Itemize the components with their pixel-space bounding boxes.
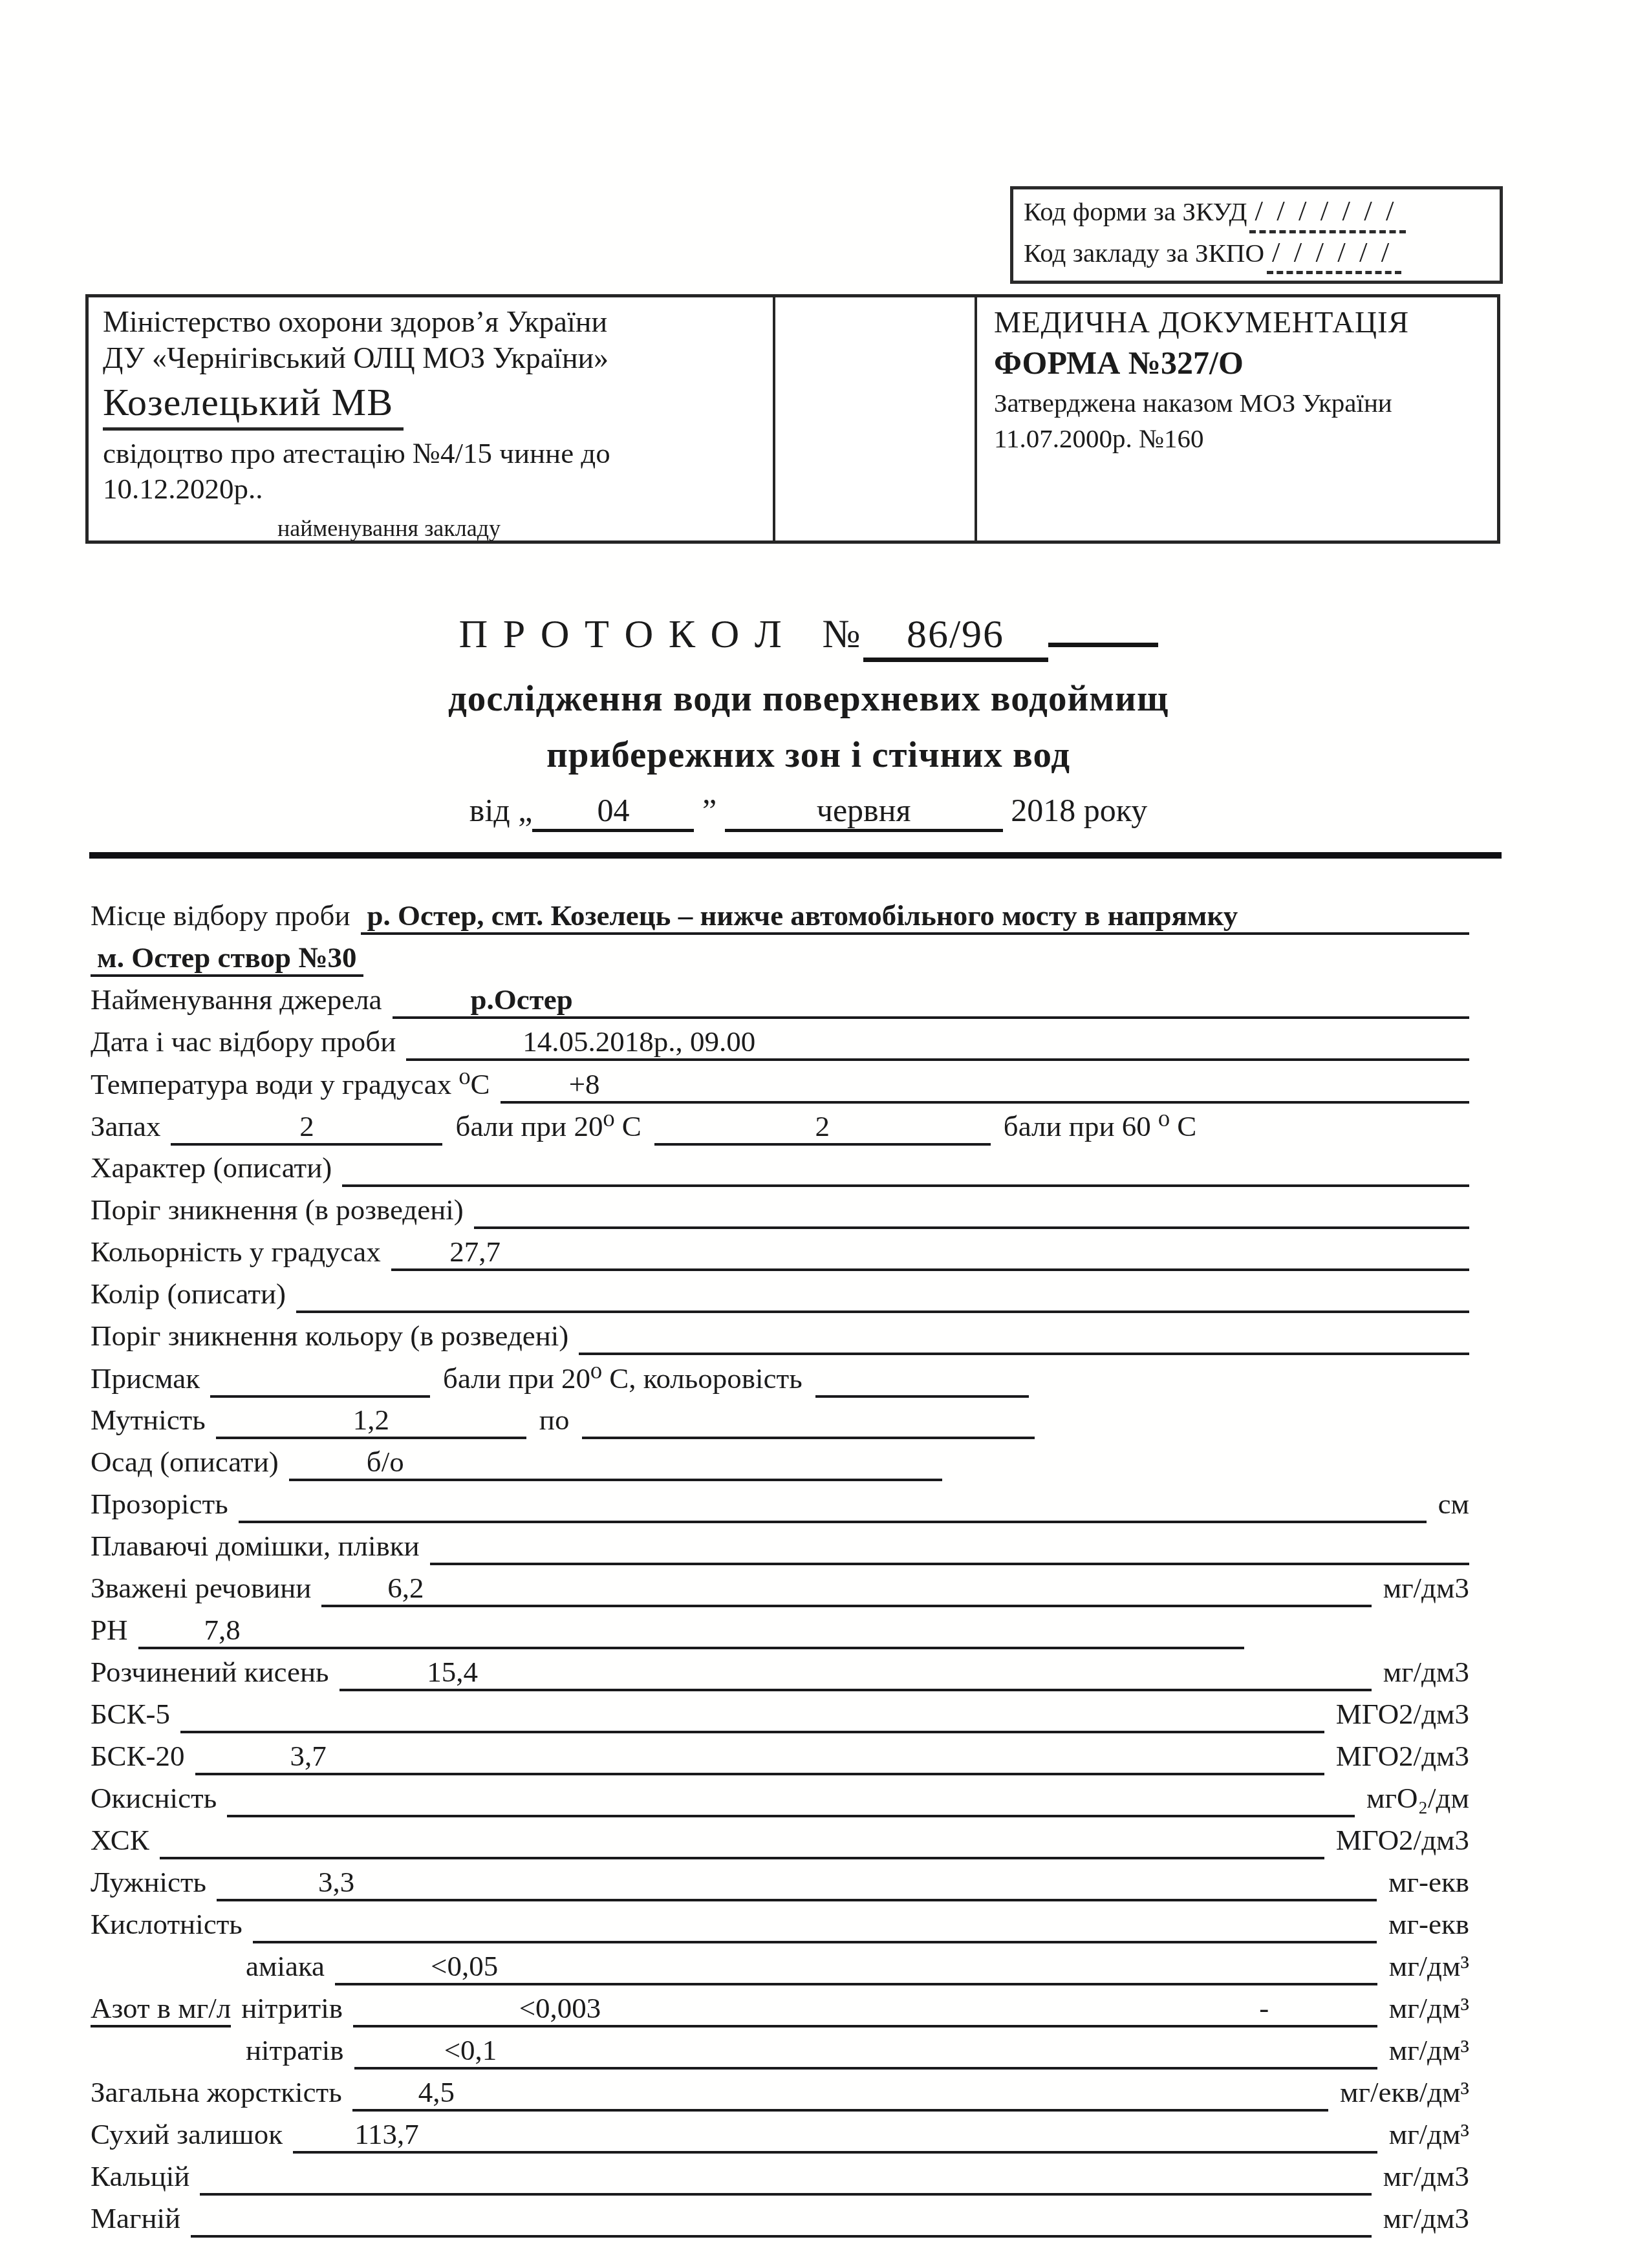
code-zkud-row: Код форми за ЗКУД/ / / / / / /	[1024, 192, 1491, 233]
unit-label: мг/дм³	[1389, 1991, 1469, 2025]
scanned-protocol-page: Код форми за ЗКУД/ / / / / / / Код закла…	[0, 0, 1649, 2268]
field-value: р. Остер, смт. Козелець – нижче автомобі…	[361, 899, 1469, 935]
section-divider-rule	[89, 852, 1502, 859]
protocol-number: 86/96	[863, 612, 1048, 662]
field-row: Плаваючі домішки, плівки	[91, 1529, 1469, 1571]
blank-line	[180, 1697, 1324, 1733]
field-row: Азот в мг/лнітритів<0,003 - мг/дм³	[91, 1991, 1469, 2033]
ministry-line: Міністерство охорони здоров’я України	[103, 304, 768, 340]
unit-label: мг-екв	[1388, 1865, 1469, 1899]
blank-line	[1319, 1991, 1377, 2027]
unit-label: мг/дм3	[1383, 2159, 1469, 2193]
blank-line	[200, 2159, 1371, 2196]
field-value: 2	[654, 1109, 991, 1146]
date-prefix: від „	[469, 792, 533, 828]
field-row: Характер (описати)	[91, 1151, 1469, 1193]
title-subtitle1: дослідження води поверхневих водоймищ	[91, 678, 1526, 720]
field-row: Найменування джерелар.Остер	[91, 983, 1469, 1025]
field-row: Колір (описати)	[91, 1277, 1469, 1319]
date-day: 04	[532, 791, 694, 832]
date-month: червня	[725, 791, 1003, 832]
form-code-box: Код форми за ЗКУД/ / / / / / / Код закла…	[1010, 186, 1503, 284]
header-table: Міністерство охорони здоров’я України ДУ…	[85, 294, 1500, 544]
field-row: Мутність1,2по	[91, 1403, 1469, 1445]
blank-line	[582, 1403, 1035, 1439]
institution-cell: Міністерство охорони здоров’я України ДУ…	[89, 297, 775, 540]
unit-label: МГО2/дм3	[1336, 1739, 1469, 1773]
field-label: БСК-20	[91, 1739, 185, 1773]
blank-line	[239, 1487, 1427, 1523]
field-label: Місце відбору проби	[91, 899, 350, 932]
field-value: 4,5	[352, 2075, 521, 2112]
field-value: 15,4	[339, 1655, 566, 1691]
unit-label: см	[1438, 1487, 1469, 1521]
blank-line	[422, 1739, 1324, 1775]
blank-line	[253, 1907, 1377, 1943]
field-row: Кольорність у градусах27,7	[91, 1235, 1469, 1277]
field-value: <0,05	[335, 1949, 594, 1985]
code-zkpo-label: Код закладу за ЗКПО	[1024, 238, 1264, 268]
blank-line	[191, 2201, 1372, 2238]
field-row: Розчинений кисень15,4 мг/дм3	[91, 1655, 1469, 1697]
certificate-line2: 10.12.2020р..	[103, 471, 768, 507]
blank-line	[579, 1319, 1469, 1355]
field-row: Температура води у градусах ⁰С+8	[91, 1067, 1469, 1109]
field-value: 6,2	[321, 1571, 490, 1607]
code-zkpo-blank: / / / / / /	[1267, 233, 1401, 275]
blank-line	[210, 1362, 430, 1398]
field-label: Присмак	[91, 1362, 200, 1395]
field-value: 113,7	[293, 2117, 480, 2154]
field-row: Кальцій мг/дм3	[91, 2159, 1469, 2201]
form-number: ФОРМА №327/О	[994, 344, 1492, 381]
field-label: БСК-5	[91, 1697, 170, 1731]
blank-line	[227, 1781, 1355, 1817]
fields: Місце відбору пробир. Остер, смт. Козеле…	[91, 899, 1469, 2243]
institution-name: Козелецький МВ	[103, 380, 404, 431]
field-row: Присмак бали при 20⁰ С, кольоровість	[91, 1361, 1469, 1403]
field-row: аміака<0,05 мг/дм³	[91, 1949, 1469, 1991]
field-label: Плаваючі домішки, плівки	[91, 1529, 420, 1563]
blank-line	[594, 1949, 1377, 1985]
title-subtitle2: прибережних зон і стічних вод	[91, 734, 1526, 776]
field-label-mid: бали при 20⁰ С	[455, 1109, 641, 1143]
blank-line	[651, 983, 1469, 1019]
date-year: 2018 року	[1011, 792, 1147, 828]
unit-label: МГО2/дм3	[1336, 1823, 1469, 1857]
field-row: Місце відбору пробир. Остер, смт. Козеле…	[91, 899, 1469, 941]
field-label: Найменування джерела	[91, 983, 382, 1016]
title-date-line: від „04 ” червня 2018 року	[91, 791, 1526, 832]
field-value: <0,1	[354, 2033, 587, 2070]
field-value: 1,2	[216, 1403, 526, 1439]
unit-label: мгО₂/дм	[1366, 1781, 1469, 1815]
field-value: 2	[171, 1109, 442, 1146]
date-close-quote: ”	[702, 792, 717, 828]
approved-line2: 11.07.2000р. №160	[994, 421, 1492, 456]
field-row: БСК-5 МГО2/дм3	[91, 1697, 1469, 1739]
field-label: Поріг зникнення (в розведені)	[91, 1193, 464, 1226]
field-label: РН	[91, 1613, 128, 1647]
blank-line	[559, 1235, 1469, 1271]
field-row: Прозорість см	[91, 1487, 1469, 1529]
blank-line	[767, 1991, 1209, 2027]
field-value: 7,8	[138, 1613, 307, 1649]
field-value: б/о	[289, 1445, 942, 1481]
field-value: -	[1209, 1991, 1319, 2027]
field-row: Кислотність мг-екв	[91, 1907, 1469, 1949]
unit-label: мг/дм³	[1389, 2033, 1469, 2067]
field-value: р.Остер	[393, 983, 651, 1019]
unit-label: мг/дм³	[1389, 1949, 1469, 1983]
blank-line	[342, 1151, 1469, 1187]
field-row: БСК-203,7 МГО2/дм3	[91, 1739, 1469, 1781]
field-label: Характер (описати)	[91, 1151, 332, 1184]
institution-line: ДУ «Чернігівський ОЛЦ МОЗ України»	[103, 340, 768, 376]
field-label: Кислотність	[91, 1907, 242, 1941]
field-label: Температура води у градусах ⁰С	[91, 1067, 490, 1101]
field-label: Окисність	[91, 1781, 217, 1815]
field-row: Осад (описати)б/о	[91, 1445, 1469, 1487]
field-row: Лужність3,3 мг-екв	[91, 1865, 1469, 1907]
field-row: нітратів<0,1 мг/дм³	[91, 2033, 1469, 2075]
certificate-line1: свідоцтво про атестацію №4/15 чинне до	[103, 436, 768, 471]
field-label: Осад (описати)	[91, 1445, 279, 1479]
institution-caption: найменування закладу	[277, 515, 768, 542]
blank-line	[160, 1823, 1324, 1859]
blank-line	[815, 1362, 1029, 1398]
blank-line	[456, 1865, 1377, 1901]
field-value: 3,7	[195, 1739, 422, 1775]
number-underline-tail	[1048, 643, 1158, 647]
blank-line	[480, 2117, 1377, 2154]
blank-line	[521, 2075, 1328, 2112]
blank-line	[872, 1025, 1469, 1061]
blank-line	[669, 1067, 1469, 1104]
field-label: Колір (описати)	[91, 1277, 286, 1311]
field-label: Лужність	[91, 1865, 206, 1899]
approved-line1: Затверджена наказом МОЗ України	[994, 385, 1492, 421]
field-label: Зважені речовини	[91, 1571, 311, 1605]
field-row: РН7,8	[91, 1613, 1469, 1655]
field-value: м. Остер створ №30	[91, 941, 363, 977]
field-row: ХСК МГО2/дм3	[91, 1823, 1469, 1865]
field-label: Запах	[91, 1109, 160, 1143]
field-row: м. Остер створ №30	[91, 941, 1469, 983]
field-value: 14.05.2018р., 09.00	[406, 1025, 872, 1061]
code-zkud-label: Код форми за ЗКУД	[1024, 197, 1247, 226]
field-label: Сухий залишок	[91, 2117, 283, 2151]
field-label: Мутність	[91, 1403, 206, 1437]
field-row: Дата і час відбору проби14.05.2018р., 09…	[91, 1025, 1469, 1067]
field-value: 3,3	[217, 1865, 456, 1901]
blank-line	[490, 1571, 1371, 1607]
field-label: нітритів	[241, 1991, 343, 2025]
field-row: Сухий залишок113,7 мг/дм³	[91, 2117, 1469, 2159]
blank-line	[307, 1613, 1244, 1649]
field-label: Кальцій	[91, 2159, 189, 2193]
field-label: аміака	[246, 1949, 325, 1983]
field-label: нітратів	[246, 2033, 344, 2067]
field-label: Магній	[91, 2201, 180, 2235]
unit-label: мг/дм3	[1383, 1655, 1469, 1689]
field-label: Прозорість	[91, 1487, 228, 1521]
med-doc-cell: МЕДИЧНА ДОКУМЕНТАЦІЯ ФОРМА №327/О Затвер…	[977, 297, 1497, 540]
unit-label: МГО2/дм3	[1336, 1697, 1469, 1731]
field-row: Окисність мгО₂/дм	[91, 1781, 1469, 1823]
field-label: Загальна жорсткість	[91, 2075, 342, 2109]
field-row: Запах2бали при 20⁰ С2бали при 60 ⁰ С	[91, 1109, 1469, 1151]
field-value: +8	[501, 1067, 669, 1104]
field-label: Кольорність у градусах	[91, 1235, 381, 1268]
blank-line	[296, 1277, 1469, 1313]
blank-line	[587, 2033, 1377, 2070]
protocol-title-line: П Р О Т О К О Л №86/96	[91, 612, 1526, 662]
blank-line	[474, 1193, 1469, 1229]
title-block: П Р О Т О К О Л №86/96 дослідження води …	[91, 612, 1526, 832]
field-row: Магній мг/дм3	[91, 2201, 1469, 2243]
unit-label: мг/дм3	[1383, 1571, 1469, 1605]
field-value: 27,7	[391, 1235, 559, 1271]
blank-line	[566, 1655, 1372, 1691]
unit-label: мг/дм3	[1383, 2201, 1469, 2235]
med-doc-title: МЕДИЧНА ДОКУМЕНТАЦІЯ	[994, 305, 1492, 340]
code-zkpo-row: Код закладу за ЗКПО/ / / / / /	[1024, 233, 1491, 275]
field-label: ХСК	[91, 1823, 149, 1857]
unit-label: мг/дм³	[1389, 2117, 1469, 2151]
field-row: Поріг зникнення (в розведені)	[91, 1193, 1469, 1235]
unit-label: мг/екв/дм³	[1340, 2075, 1469, 2109]
field-value: <0,003	[353, 1991, 767, 2027]
header-empty-cell	[775, 297, 977, 540]
field-label: Поріг зникнення кольору (в розведені)	[91, 1319, 568, 1353]
number-sign: №	[822, 612, 863, 656]
code-zkud-blank: / / / / / / /	[1249, 192, 1406, 233]
field-label-mid: по	[539, 1403, 570, 1437]
field-row: Зважені речовини6,2 мг/дм3	[91, 1571, 1469, 1613]
field-row: Загальна жорсткість4,5 мг/екв/дм³	[91, 2075, 1469, 2117]
field-row: Поріг зникнення кольору (в розведені)	[91, 1319, 1469, 1361]
field-label-mid: бали при 20⁰ С, кольоровість	[443, 1361, 803, 1395]
field-label: Дата і час відбору проби	[91, 1025, 396, 1058]
field-label: Азот в мг/л	[91, 1991, 231, 2027]
protocol-word: П Р О Т О К О Л	[458, 612, 784, 656]
field-label: Розчинений кисень	[91, 1655, 329, 1689]
unit-label: мг-екв	[1388, 1907, 1469, 1941]
field-label-mid: бали при 60 ⁰ С	[1004, 1109, 1197, 1143]
blank-line	[430, 1529, 1469, 1565]
